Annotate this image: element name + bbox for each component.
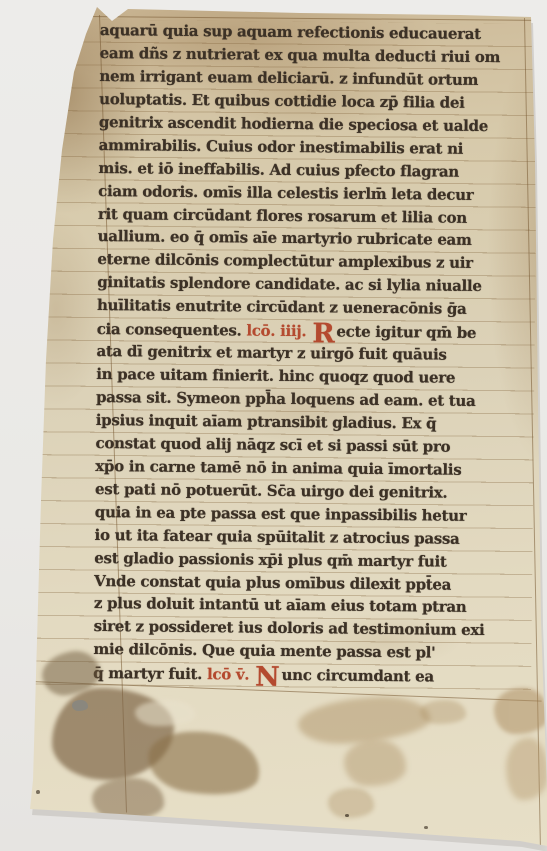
photo-background: { "colors": { "photo_background": "#eae9… <box>0 0 547 851</box>
body-text: constat quod alij nāqz scī et si passi s… <box>95 434 450 456</box>
body-text: aquarū quia sup aquam refectionis educau… <box>100 21 481 43</box>
body-text: xp̄o in carne tamē nō in anima quia īmor… <box>95 457 461 479</box>
body-text: est pati nō potuerūt. Sc̄a uirgo dei gen… <box>95 480 447 502</box>
body-text: eam dñs z nutrierat ex qua multa deducti… <box>100 44 501 66</box>
body-text: io ut ita fatear quia spūitalit z atroci… <box>95 526 460 548</box>
body-text: uoluptatis. Et quibus cottidie loca zp̄ … <box>99 90 465 112</box>
body-text: eterne dilcōnis complectūtur amplexibus … <box>97 250 472 272</box>
body-text: rit quam circūdant flores rosarum et lil… <box>98 204 467 226</box>
text-block: aquarū quia sup aquam refectionis educau… <box>93 19 536 690</box>
body-text: est gladio passionis xp̄i plus qm̄ marty… <box>94 549 446 571</box>
rubric-text: lcō v̄. <box>207 665 254 683</box>
stain-bottom-center-2 <box>344 740 406 786</box>
body-text: ciam odoris. omīs illa celestis ierlm̄ l… <box>98 182 473 204</box>
body-text: ata dī genitrix et martyr z uirgō fuit q… <box>96 342 446 364</box>
body-text: huīlitatis enutrite circūdant z ueneracō… <box>97 296 467 318</box>
body-text: quia in ea pte passa est que inpassibili… <box>95 503 467 525</box>
body-text: genitrix ascendit hodierna die speciosa … <box>99 113 488 135</box>
body-text: mis. et iō ineffabilis. Ad cuius pfecto … <box>98 159 459 181</box>
ink-speck-3 <box>36 790 40 794</box>
rubric-initial: N <box>255 662 280 693</box>
body-text: uallium. eo q̄ omīs aīe martyrio rubrica… <box>98 227 472 249</box>
stain-bottom-center-1 <box>296 692 431 747</box>
body-text: passa sit. Symeon pph̄a loquens ad eam. … <box>96 388 476 410</box>
body-text: ginitatis splendore candidate. ac si lyl… <box>97 273 482 295</box>
stain-speck-gray <box>72 700 88 711</box>
ink-speck-2 <box>424 826 428 829</box>
body-text: in pace uitam finierit. hinc quoqz quod … <box>96 365 455 387</box>
body-text: ecte igitur qm̄ be <box>336 323 476 342</box>
rubric-text: lcō. iiij. <box>246 322 311 341</box>
body-text: ipsius inquit aīam ptransibit gladius. E… <box>96 411 437 433</box>
body-text: ammirabilis. Cuius odor inestimabilis er… <box>99 136 464 158</box>
stain-bottom-left-5 <box>135 700 195 726</box>
stain-bottom-right-1 <box>494 688 547 734</box>
body-text: unc circumdant ea <box>281 666 433 686</box>
body-text: q̄ martyr fuit. <box>93 664 207 683</box>
body-text: mie dilcōnis. Que quia mente passa est p… <box>93 640 435 662</box>
body-text: nem irrigant euam deliciarū. z infundūt … <box>99 67 478 89</box>
stain-bottom-center-3 <box>420 700 466 724</box>
ink-speck-1 <box>345 814 349 817</box>
body-text: Vnde constat quia plus omībus dilexit pp… <box>94 571 451 593</box>
body-text: cia consequentes. <box>97 320 247 340</box>
manuscript-leaf: aquarū quia sup aquam refectionis educau… <box>0 0 547 851</box>
rubric-initial: R <box>312 318 334 349</box>
text-line: q̄ martyr fuit. lcō v̄. Nunc circumdant … <box>93 661 529 689</box>
stain-bottom-center-4 <box>328 788 374 818</box>
body-text: z plus doluit intantū ut aīam eius totam… <box>94 594 467 616</box>
body-text: siret z possideret ius doloris ad testim… <box>94 617 485 639</box>
stain-bottom-right-2 <box>506 738 547 800</box>
